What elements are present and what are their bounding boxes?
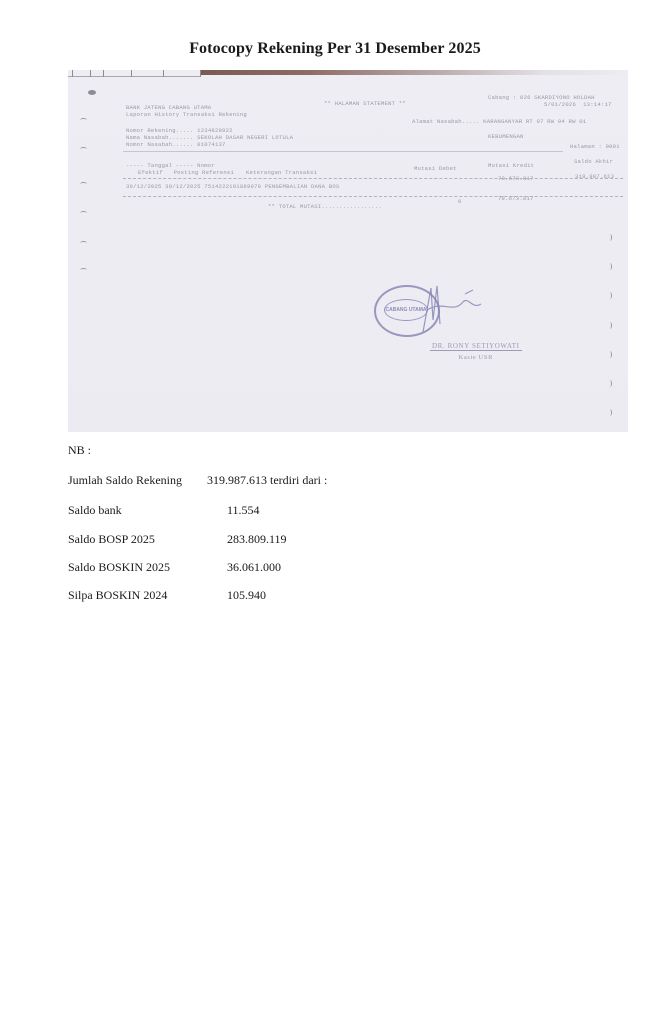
divider (123, 178, 623, 179)
balance-label: Saldo BOSP 2025 (68, 532, 155, 546)
branch-info: Cabang : 026 SKARDIYONO HOLDAH (488, 94, 595, 101)
signer-name: DR. RONY SETIYOWATI (430, 342, 522, 351)
punch-hole-icon (608, 380, 612, 387)
bank-statement-scan: BANK JATENG CABANG UTAMA Laporan History… (68, 70, 628, 432)
statement-heading: ** HALAMAN STATEMENT ** (324, 100, 406, 107)
customer-number-value: 01074137 (197, 141, 225, 148)
transaction-row: 30/12/2025 30/12/2025 7514222191889979 P… (126, 183, 339, 190)
report-name: Laporan History Transaksi Rekening (126, 111, 247, 118)
address-label: Alamat Nasabah..... (412, 118, 480, 125)
customer-name-value: SEKOLAH DASAR NEGERI LOTULA (197, 134, 293, 141)
col-mutasi-kredit: Mutasi Kredit (488, 162, 534, 169)
balance-value: 283.809.119 (227, 532, 287, 547)
divider (123, 196, 623, 197)
page-title: Fotocopy Rekening Per 31 Desember 2025 (0, 40, 670, 58)
punch-hole-icon (80, 241, 87, 245)
nb-label: NB : (68, 443, 91, 458)
punch-hole-icon (88, 90, 96, 95)
punch-hole-icon (80, 211, 87, 215)
signer-block: DR. RONY SETIYOWATI Kasie USR (430, 342, 522, 361)
punch-hole-icon (608, 322, 612, 329)
total-mutasi-label: ** TOTAL MUTASI................. (268, 203, 382, 210)
page-number: Halaman : 0001 (570, 143, 620, 150)
balance-row: Silpa BOSKIN 2024 105.940 (68, 588, 167, 603)
punch-hole-icon (80, 118, 87, 122)
customer-number-label: Nomor Nasabah...... (126, 141, 194, 148)
balance-row: Saldo bank 11.554 (68, 503, 122, 518)
punch-hole-icon (608, 351, 612, 358)
print-datetime: 5/01/2026 13:14:17 (544, 101, 612, 108)
balance-value: 105.940 (227, 588, 266, 603)
balance-row: Saldo BOSP 2025 283.809.119 (68, 532, 155, 547)
col-mutasi-debet: Mutasi Debet (414, 165, 457, 172)
address-value: KARANGANYAR RT 07 RW 04 RW 01 (483, 118, 586, 125)
signer-role: Kasie USR (430, 354, 522, 361)
transaction-saldo: 319.987.613 (575, 173, 614, 180)
divider (123, 151, 563, 152)
balance-value: 36.061.000 (227, 560, 281, 575)
col-tanggal: ----- Tanggal ----- Nomor (126, 162, 215, 169)
total-balance-value: 319.987.613 terdiri dari : (207, 473, 327, 488)
balance-row: Saldo BOSKIN 2025 36.061.000 (68, 560, 170, 575)
punch-hole-icon (80, 268, 87, 272)
address-value-2: KEBUMENGAN (488, 133, 524, 140)
punch-hole-icon (608, 234, 612, 241)
balance-label: Saldo bank (68, 503, 122, 517)
total-kredit: 78.673.817 (498, 195, 534, 202)
total-debet: 0 (458, 198, 462, 205)
account-number-label: Nomor Rekening..... (126, 127, 194, 134)
col-saldo-akhir: Saldo Akhir (574, 158, 613, 165)
punch-hole-icon (608, 292, 612, 299)
paper-edge-shadow (201, 70, 628, 75)
account-number-value: 1234829922 (197, 127, 233, 134)
tractor-feed-edge (68, 70, 201, 77)
bank-name: BANK JATENG CABANG UTAMA (126, 104, 211, 111)
total-balance-label: Jumlah Saldo Rekening (68, 473, 182, 487)
punch-hole-icon (608, 263, 612, 270)
punch-hole-icon (80, 182, 87, 186)
col-efektif-posting: Efektif Posting Referensi (138, 169, 234, 176)
customer-name-label: Nama Nasabah....... (126, 134, 194, 141)
signature-icon (413, 280, 503, 340)
punch-hole-icon (608, 409, 612, 416)
transaction-kredit: 78.673.817 (498, 175, 534, 182)
balance-value: 11.554 (227, 503, 260, 518)
total-balance-row: Jumlah Saldo Rekening 319.987.613 terdir… (68, 473, 182, 488)
balance-label: Silpa BOSKIN 2024 (68, 588, 167, 602)
punch-hole-icon (80, 147, 87, 151)
col-keterangan: Keterangan Transaksi (246, 169, 317, 176)
balance-label: Saldo BOSKIN 2025 (68, 560, 170, 574)
